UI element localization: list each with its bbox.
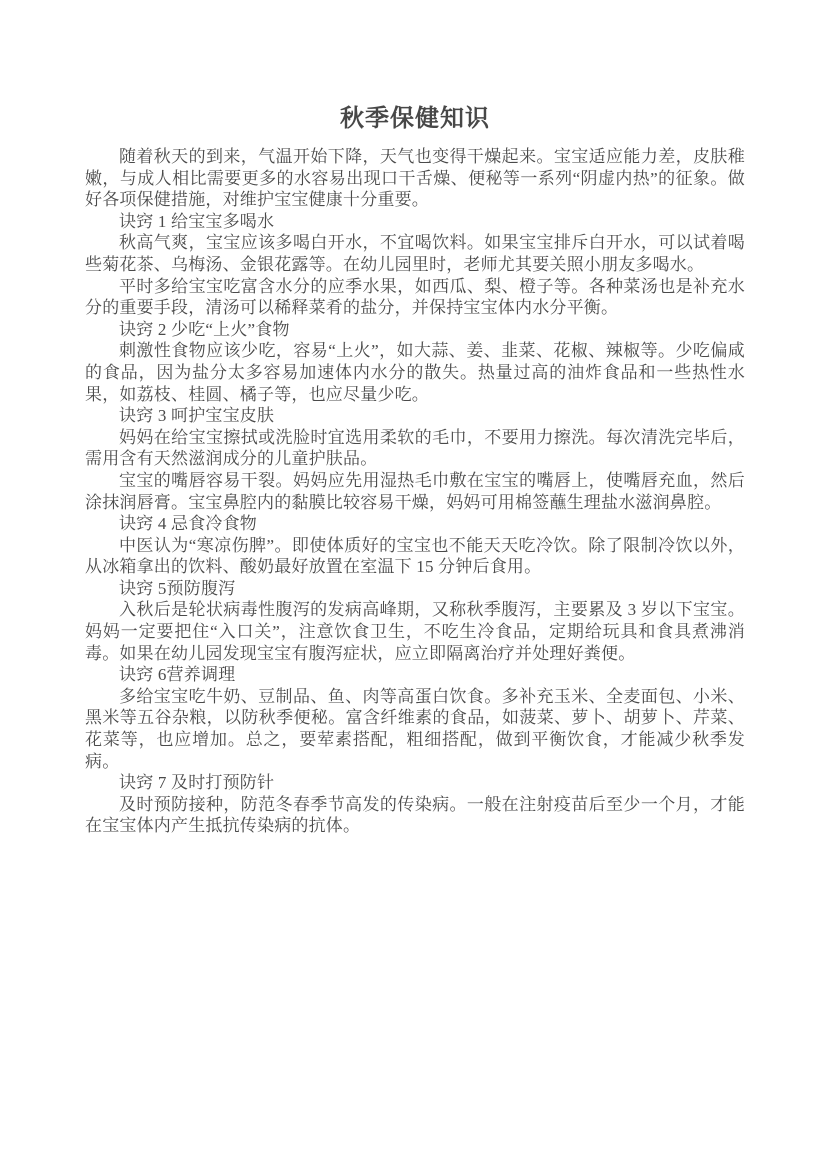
tip-heading-4: 诀窍 4 忌食冷食物 [85,513,745,535]
tip-4-paragraph-1: 中医认为“寒凉伤脾”。即使体质好的宝宝也不能天天吃冷饮。除了限制冷饮以外，从冰箱… [85,535,745,578]
tip-1-paragraph-2: 平时多给宝宝吃富含水分的应季水果，如西瓜、梨、橙子等。各种菜汤也是补充水分的重要… [85,276,745,319]
intro-paragraph: 随着秋天的到来，气温开始下降，天气也变得干燥起来。宝宝适应能力差，皮肤稚嫩，与成… [85,146,745,211]
tip-2-paragraph-1: 刺激性食物应该少吃，容易“上火”，如大蒜、姜、韭菜、花椒、辣椒等。少吃偏咸的食品… [85,340,745,405]
tip-heading-5: 诀窍 5预防腹泻 [85,578,745,600]
document-title: 秋季保健知识 [85,98,745,133]
tip-heading-1: 诀窍 1 给宝宝多喝水 [85,211,745,233]
document-content: 秋季保健知识 随着秋天的到来，气温开始下降，天气也变得干燥起来。宝宝适应能力差，… [85,98,745,837]
tip-heading-2: 诀窍 2 少吃“上火”食物 [85,319,745,341]
document-page: 秋季保健知识 随着秋天的到来，气温开始下降，天气也变得干燥起来。宝宝适应能力差，… [0,0,827,1170]
tip-3-paragraph-2: 宝宝的嘴唇容易干裂。妈妈应先用湿热毛巾敷在宝宝的嘴唇上，使嘴唇充血，然后涂抹润唇… [85,470,745,513]
tip-3-paragraph-1: 妈妈在给宝宝擦拭或洗脸时宜选用柔软的毛巾，不要用力擦洗。每次清洗完毕后，需用含有… [85,427,745,470]
tip-6-paragraph-1: 多给宝宝吃牛奶、豆制品、鱼、肉等高蛋白饮食。多补充玉米、全麦面包、小米、黑米等五… [85,686,745,772]
tip-heading-3: 诀窍 3 呵护宝宝皮肤 [85,405,745,427]
tip-5-paragraph-1: 入秋后是轮状病毒性腹泻的发病高峰期，又称秋季腹泻，主要累及 3 岁以下宝宝。妈妈… [85,599,745,664]
tip-7-paragraph-1: 及时预防接种，防范冬春季节高发的传染病。一般在注射疫苗后至少一个月，才能在宝宝体… [85,794,745,837]
tip-1-paragraph-1: 秋高气爽，宝宝应该多喝白开水，不宜喝饮料。如果宝宝排斥白开水，可以试着喝些菊花茶… [85,232,745,275]
tip-heading-7: 诀窍 7 及时打预防针 [85,772,745,794]
tip-heading-6: 诀窍 6营养调理 [85,664,745,686]
